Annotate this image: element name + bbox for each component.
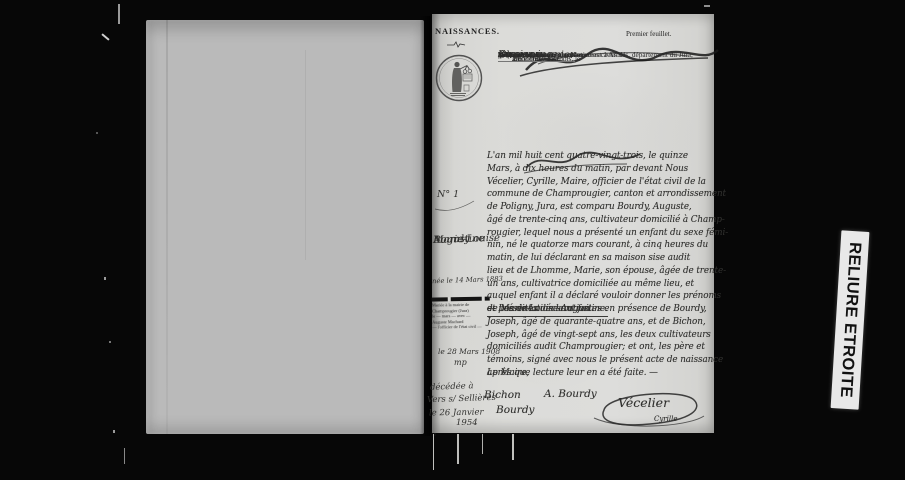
mayor-signature: Vécelier bbox=[618, 395, 669, 410]
stamp-initials: mp bbox=[454, 358, 467, 367]
dust-speck bbox=[101, 33, 109, 40]
act-line: lieu et de Lhomme, Marie, son épouse, âg… bbox=[487, 265, 713, 278]
page-edge-mark bbox=[512, 434, 514, 460]
act-line: L'an mil huit cent quatre-vingt-trois, l… bbox=[487, 150, 713, 163]
act-line: Joseph, âgé de vingt-sept ans, les deux … bbox=[487, 329, 713, 342]
act-line: âgé de trente-cinq ans, cultivateur domi… bbox=[487, 214, 713, 227]
page-crease bbox=[166, 20, 168, 434]
right-page: NAISSANCES. Premier feuillet. bbox=[432, 14, 714, 433]
dust-speck bbox=[104, 277, 106, 280]
mayor-signature-flourish bbox=[590, 386, 708, 434]
page-edge-mark bbox=[118, 4, 120, 24]
left-page bbox=[146, 20, 424, 434]
act-line: de Poligny, Jura, est comparu Bourdy, Au… bbox=[487, 201, 713, 214]
dust-speck bbox=[96, 132, 98, 134]
section-title: NAISSANCES. bbox=[435, 26, 500, 36]
act-line: Joseph, âgé de quarante-quatre ans, et d… bbox=[487, 316, 713, 329]
justice-stamp-icon bbox=[434, 52, 486, 106]
microfilm-scan: NAISSANCES. Premier feuillet. bbox=[0, 0, 905, 480]
page-edge-mark bbox=[433, 434, 434, 470]
mayor-title: Le Maire, bbox=[487, 367, 529, 380]
act-line: domiciliés audit Champrougier; et ont, l… bbox=[487, 341, 713, 354]
printed-register-formula: Le présent registre contenant six feuill… bbox=[498, 49, 712, 53]
death-note-line: décédée à bbox=[430, 381, 474, 393]
father-signature: Bourdy bbox=[496, 404, 534, 416]
act-line: et présentation sont faites en présence … bbox=[487, 303, 713, 316]
witness-signature: A. Bourdy bbox=[544, 388, 597, 400]
act-line: nin, né le quatorze mars courant, à cinq… bbox=[487, 239, 713, 252]
page-edge-mark bbox=[482, 434, 483, 454]
act-number-flourish bbox=[434, 200, 476, 212]
act-number: N° 1 bbox=[437, 189, 459, 200]
page-fold-line bbox=[305, 50, 306, 260]
dust-speck bbox=[704, 5, 710, 7]
act-line: matin, de lui déclarant en sa maison sis… bbox=[487, 252, 713, 265]
act-line: commune de Champrougier, canton et arron… bbox=[487, 188, 713, 201]
witness-signature: Bichon bbox=[484, 389, 521, 401]
page-edge-mark bbox=[124, 448, 125, 464]
act-line: Vécelier, Cyrille, Maire, officier de l'… bbox=[487, 176, 713, 189]
death-note-line: le 26 Janvier bbox=[429, 408, 484, 419]
act-line: témoins, signé avec nous le présent acte… bbox=[487, 354, 713, 367]
act-line: auquel enfant il a déclaré vouloir donne… bbox=[487, 290, 713, 303]
margin-name-line: Augustine bbox=[433, 232, 485, 247]
ornament-icon bbox=[446, 41, 466, 48]
death-note-line: 1954 bbox=[456, 418, 478, 428]
act-line: rougier, lequel nous a présenté un enfan… bbox=[487, 227, 713, 240]
mayor-signature-block: Vécelier Cyrille bbox=[590, 386, 708, 434]
formula-text: . bbox=[512, 53, 514, 64]
dust-speck bbox=[109, 341, 111, 343]
act-line: un ans, cultivatrice domiciliée au même … bbox=[487, 278, 713, 291]
act-line: Mars, à dix heures du matin, par devant … bbox=[487, 163, 713, 176]
binding-label: RELIURE ETROITE bbox=[831, 230, 870, 409]
birth-act-text: L'an mil huit cent quatre-vingt-trois, l… bbox=[487, 150, 713, 367]
page-edge-mark bbox=[457, 434, 459, 464]
dust-speck bbox=[113, 430, 115, 433]
mayor-signature-subscript: Cyrille bbox=[654, 415, 678, 423]
formula-text: décembre 188 bbox=[512, 53, 555, 64]
